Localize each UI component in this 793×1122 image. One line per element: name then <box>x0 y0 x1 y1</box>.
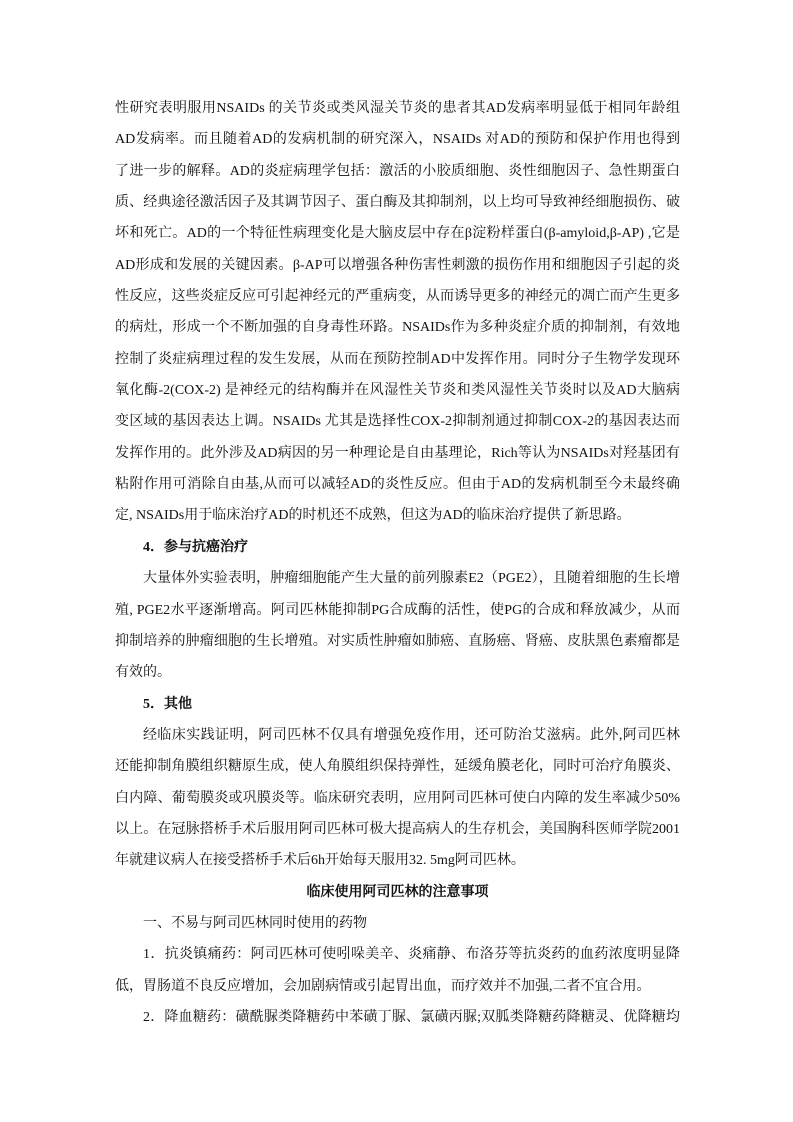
text-line: 控制了炎症病理过程的发生发展，从而在预防控制AD中发挥作用。同时分子生物学发现环 <box>115 344 680 375</box>
text-line: 殖, PGE2水平逐渐增高。阿司匹林能抑制PG合成酶的活性，使PG的合成和释放减… <box>115 595 680 626</box>
text-line: 还能抑制角膜组织糖原生成，使人角膜组织保持弹性，延缓角膜老化，同时可治疗角膜炎、 <box>115 751 680 782</box>
text-line: 发挥作用的。此外涉及AD病因的另一种理论是自由基理论，Rich等认为NSAIDs… <box>115 438 680 469</box>
text-line: 氧化酶-2(COX-2) 是神经元的结构酶并在风湿性关节炎和类风湿性关节炎时以及… <box>115 375 680 406</box>
text-line: 有效的。 <box>115 657 680 688</box>
heading-line: 5．其他 <box>115 689 680 720</box>
text-line: 变区域的基因表达上调。NSAIDs 尤其是选择性COX-2抑制剂通过抑制COX-… <box>115 406 680 437</box>
text-line: 低，胃肠道不良反应增加，会加剧病情或引起胃出血，而疗效并不加强,二者不宜合用。 <box>115 971 680 1002</box>
text-line: 性反应，这些炎症反应可引起神经元的严重病变，从而诱导更多的神经元的凋亡而产生更多 <box>115 281 680 312</box>
document-body: 性研究表明服用NSAIDs 的关节炎或类风湿关节炎的患者其AD发病率明显低于相同… <box>115 93 680 1033</box>
text-line: 经临床实践证明，阿司匹林不仅具有增强免疫作用，还可防治艾滋病。此外,阿司匹林 <box>115 720 680 751</box>
text-line: 以上。在冠脉搭桥手术后服用阿司匹林可极大提高病人的生存机会，美国胸科医师学院20… <box>115 814 680 845</box>
text-line: AD发病率。而且随着AD的发病机制的研究深入，NSAIDs 对AD的预防和保护作… <box>115 124 680 155</box>
text-line: 年就建议病人在接受搭桥手术后6h开始每天服用32. 5mg阿司匹林。 <box>115 845 680 876</box>
text-line: 白内障、葡萄膜炎或巩膜炎等。临床研究表明，应用阿司匹林可使白内障的发生率减少50… <box>115 783 680 814</box>
text-line: 大量体外实验表明，肿瘤细胞能产生大量的前列腺素E2（PGE2），且随着细胞的生长… <box>115 563 680 594</box>
text-line: 坏和死亡。AD的一个特征性病理变化是大脑皮层中存在β淀粉样蛋白(β-amyloi… <box>115 218 680 249</box>
text-line: 的病灶，形成一个不断加强的自身毒性环路。NSAIDs作为多种炎症介质的抑制剂，有… <box>115 312 680 343</box>
text-line: AD形成和发展的关键因素。β-AP可以增强各种伤害性刺激的损伤作用和细胞因子引起… <box>115 250 680 281</box>
text-line: 了进一步的解释。AD的炎症病理学包括：激活的小胶质细胞、炎性细胞因子、急性期蛋白 <box>115 156 680 187</box>
heading-line: 4．参与抗癌治疗 <box>115 532 680 563</box>
text-line: 定, NSAIDs用于临床治疗AD的时机还不成熟，但这为AD的临床治疗提供了新思… <box>115 500 680 531</box>
text-line: 粘附作用可消除自由基,从而可以减轻AD的炎性反应。但由于AD的发病机制至今未最终… <box>115 469 680 500</box>
document-page: 性研究表明服用NSAIDs 的关节炎或类风湿关节炎的患者其AD发病率明显低于相同… <box>0 0 793 1122</box>
text-line: 抑制培养的肿瘤细胞的生长增殖。对实质性肿瘤如肺癌、直肠癌、肾癌、皮肤黑色素瘤都是 <box>115 626 680 657</box>
text-line: 一、不易与阿司匹林同时使用的药物 <box>115 908 680 939</box>
heading-line: 临床使用阿司匹林的注意事项 <box>115 877 680 908</box>
text-line: 性研究表明服用NSAIDs 的关节炎或类风湿关节炎的患者其AD发病率明显低于相同… <box>115 93 680 124</box>
text-line: 2．降血糖药：磺酰脲类降糖药中苯磺丁脲、氯磺丙脲;双胍类降糖药降糖灵、优降糖均 <box>115 1002 680 1033</box>
text-line: 质、经典途径激活因子及其调节因子、蛋白酶及其抑制剂，以上均可导致神经细胞损伤、破 <box>115 187 680 218</box>
text-line: 1．抗炎镇痛药：阿司匹林可使吲哚美辛、炎痛静、布洛芬等抗炎药的血药浓度明显降 <box>115 939 680 970</box>
